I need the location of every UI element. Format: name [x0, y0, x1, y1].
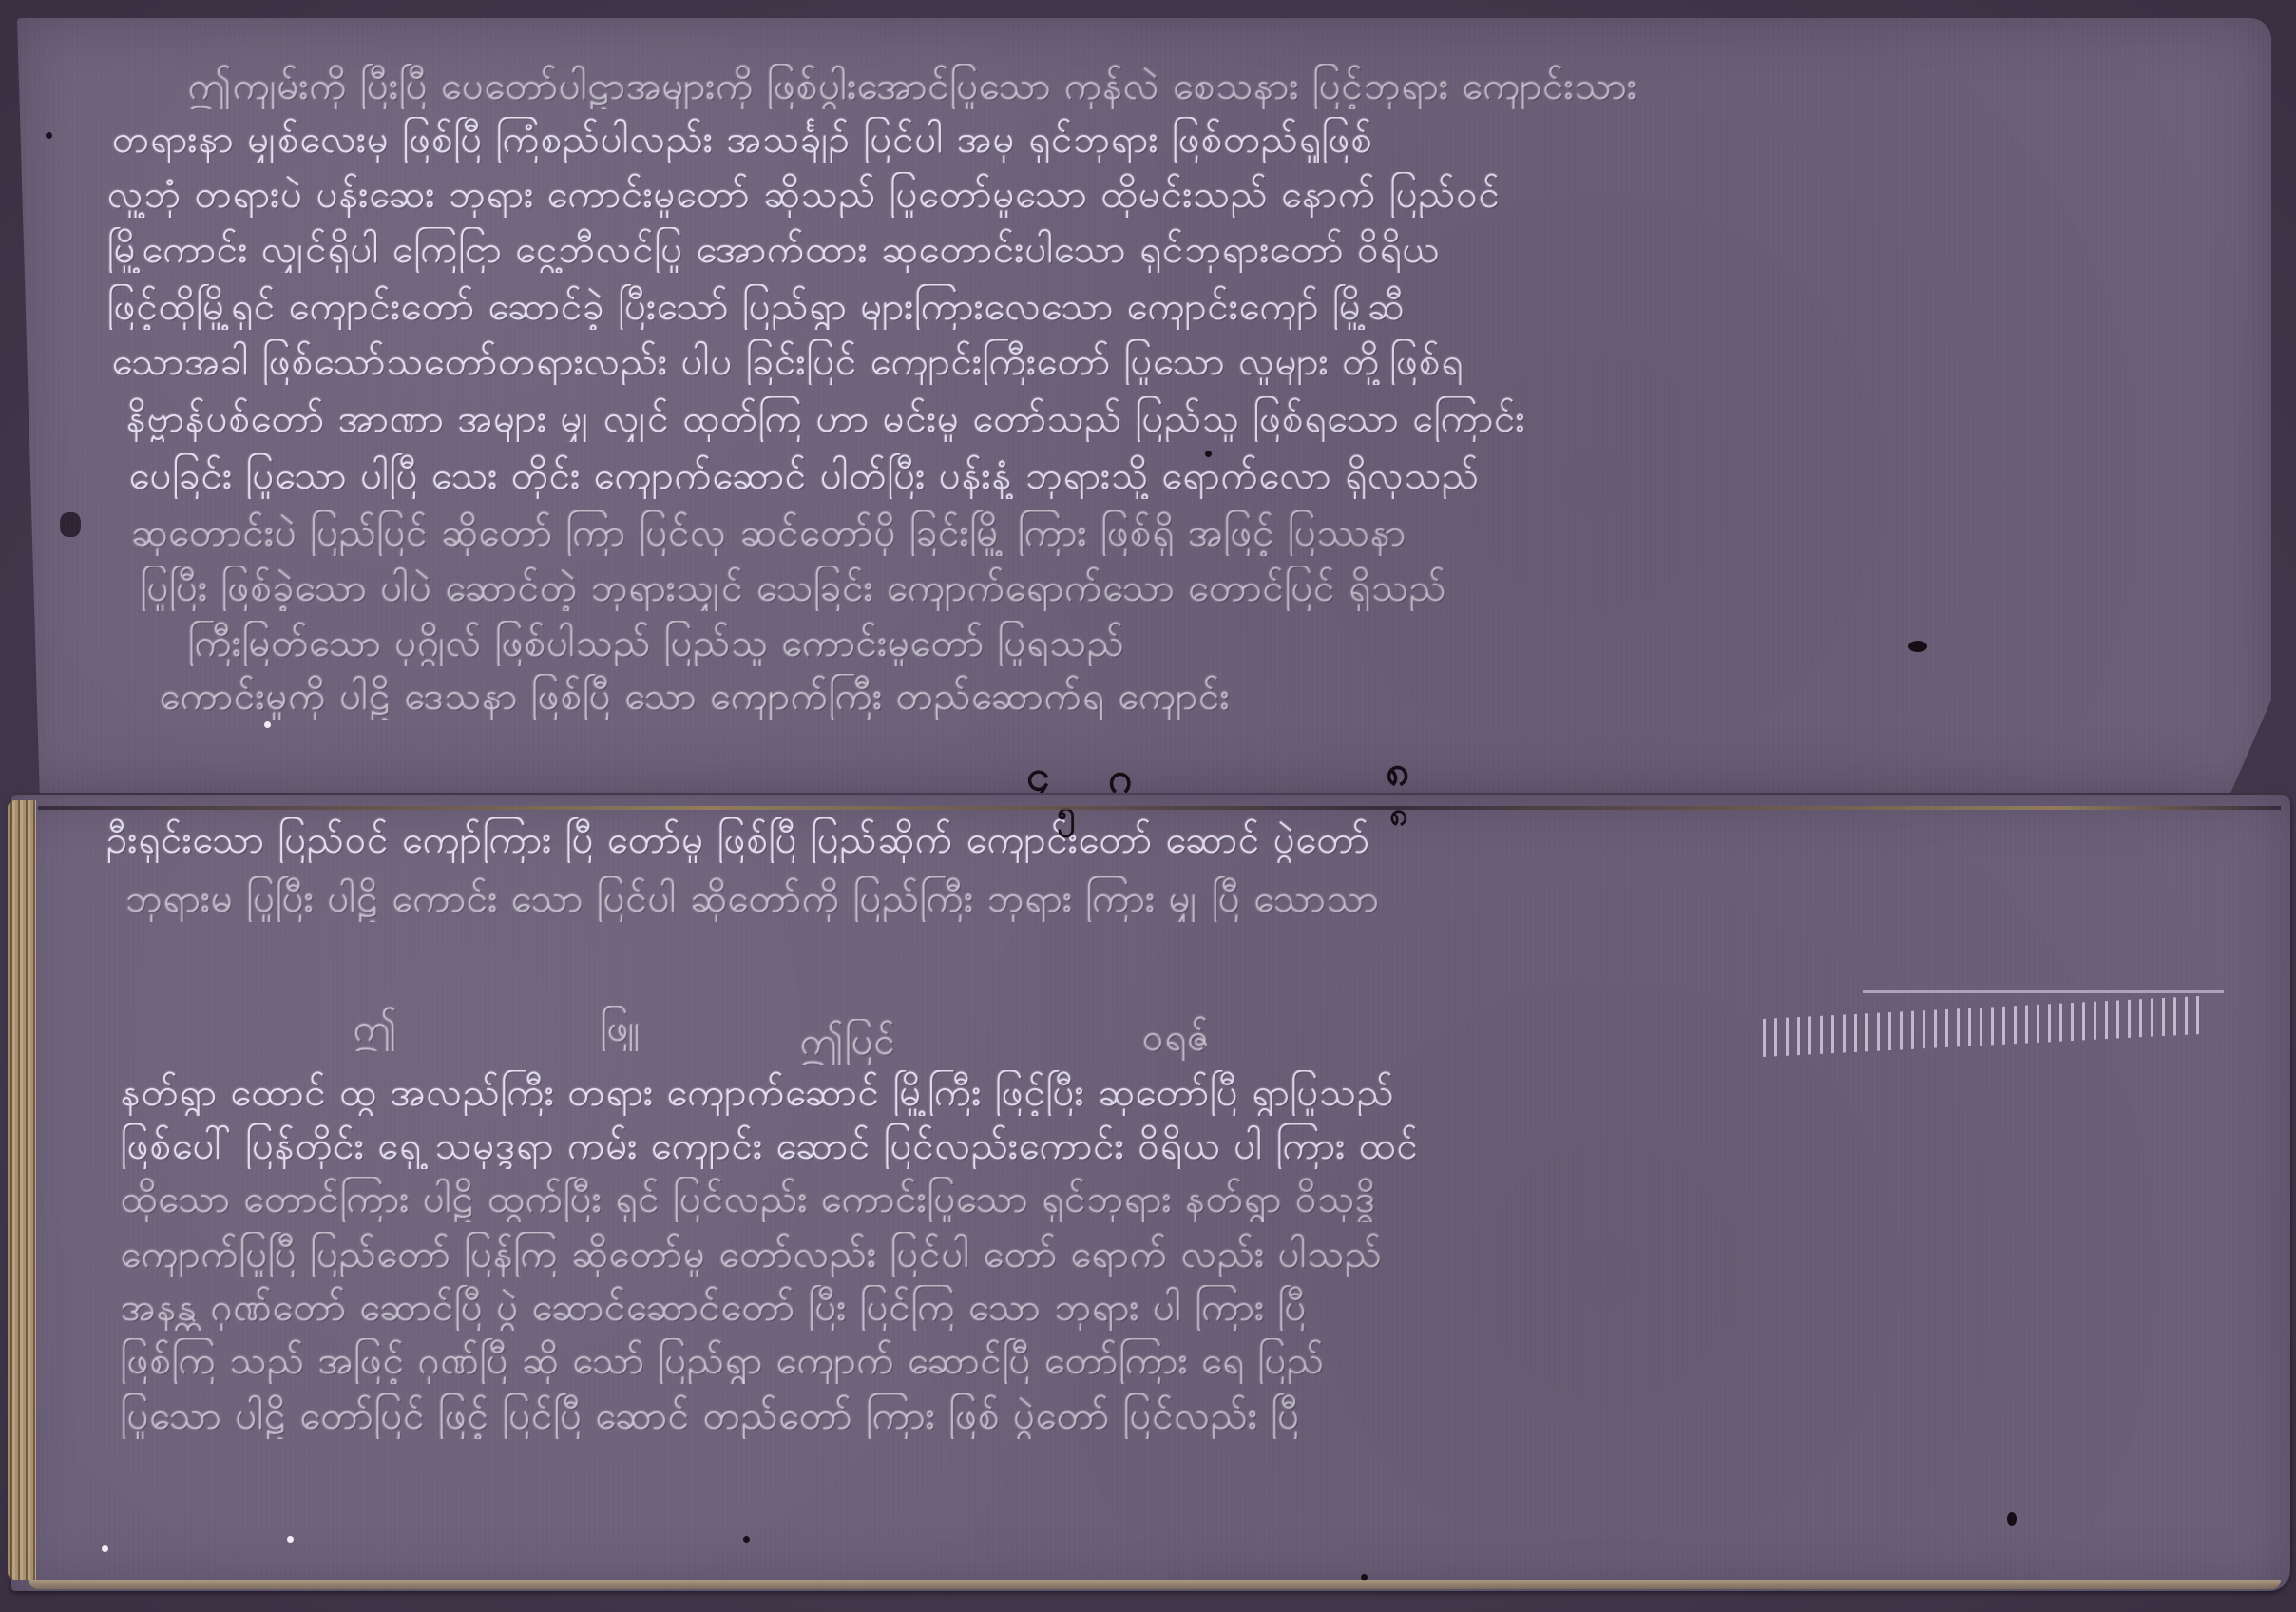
text-line: နိဗ္ဗာန်ပစ်တော် အာဏာ အများ မျှ လျှင် ထုတ…	[126, 396, 2236, 442]
page-edge-bottom	[29, 1580, 2281, 1589]
ink-speck	[743, 1536, 750, 1543]
text-line: လူ့ဘုံ တရားပဲ ပန်းဆေး ဘုရား ကောင်းမှုတော…	[107, 172, 2236, 218]
text-line: ကောင်းမှုကို ပါဠိ ဒေသနာ ဖြစ်ပြီ သော ကျော…	[160, 674, 2041, 720]
ink-stain	[60, 512, 81, 537]
text-line: ဖြစ်ကြ သည် အဖြင့် ဂုဏ်ပြီ ဆို သော် ပြည်ရ…	[121, 1338, 2240, 1384]
text-line: ဖြစ်ပေါ် ပြန်တိုင်း ရှေ့ သမုဒ္ဒရာ ကမ်း က…	[121, 1123, 2240, 1169]
text-line: ဦးရှင်းသော ပြည်ဝင် ကျော်ကြား ပြီ တော်မူ …	[106, 817, 2245, 863]
drawing-label: ဖြူ	[601, 1006, 641, 1051]
manuscript-page-top: ဤကျမ်းကို ပြီးပြီ ပေတော်ပါဠာအများကို ဖြစ…	[17, 18, 2271, 793]
paper-speck	[102, 1545, 108, 1552]
manuscript-page-bottom: ဦးရှင်းသော ပြည်ဝင် ကျော်ကြား ပြီ တော်မူ …	[11, 795, 2290, 1591]
page-number-mark: ၅	[1057, 791, 1075, 839]
text-line: ထိုသော တောင်ကြား ပါဠိ ထွက်ပြီး ရှင် ပြင်…	[121, 1177, 2240, 1222]
text-line: မြို့ကောင်း လျှင်ရှိပါ ကြေငြာ ငွေ့ဘီလင်ပ…	[107, 227, 2236, 273]
paper-speck	[264, 721, 271, 728]
paper-speck	[287, 1536, 294, 1543]
page-fold	[38, 806, 2281, 810]
diagram-rule-line	[1863, 990, 2224, 993]
ink-speck	[46, 132, 52, 139]
ink-speck	[1205, 451, 1212, 457]
text-line: အနန္တ ဂုဏ်တော် ဆောင်ပြီ ပွဲ ဆောင်ဆောင်တေ…	[121, 1285, 2240, 1331]
text-line: ဖြင့်ထိုမြို့ရှင် ကျောင်းတော် ဆောင်ခဲ့ ပ…	[107, 284, 2236, 330]
text-line: နတ်ရွာ ထောင် ထွ အလည်ကြီး တရား ကျောက်ဆောင…	[121, 1070, 2240, 1116]
text-line: သောအခါ ဖြစ်သော်သတော်တရားလည်း ပါပ ခြင်းပြ…	[112, 339, 2236, 385]
ink-speck	[2007, 1512, 2017, 1526]
drawing-label: ဝရဇ်	[1142, 1015, 1211, 1061]
text-line: ကြီးမြတ်သော ပုဂ္ဂိုလ် ဖြစ်ပါသည် ပြည်သူ က…	[188, 621, 1899, 666]
stacked-page-edge	[8, 800, 36, 1580]
text-line: ပေခြင်း ပြုသော ပါပြီ သေး တိုင်း ကျောက်ဆေ…	[129, 453, 2234, 499]
text-line: ဆုတောင်းပဲ ပြည်ပြင် ဆိုတော် ကြာ ပြင်လှ ဆ…	[131, 510, 2231, 556]
text-line: တရားနာ မျှစ်လေးမှ ဖြစ်ပြီ ကြံစည်ပါလည်း အ…	[112, 117, 2231, 163]
text-line: ဘုရားမ ပြုပြီး ပါဠိ ကောင်း သော ပြင်ပါ ဆိ…	[125, 876, 2245, 922]
text-line: ဤကျမ်းကို ပြီးပြီ ပေတော်ပါဠာအများကို ဖြစ…	[188, 64, 2231, 109]
text-line: ပြုသော ပါဠိ တော်ပြင် ဖြင့် ပြင်ပြီ ဆောင်…	[121, 1393, 2240, 1439]
drawing-label: ဤ	[354, 1006, 398, 1051]
page-number-mark: ၈	[1389, 793, 1407, 841]
text-line: ကျောက်ပြုပြီ ပြည်တော် ပြန်ကြ ဆိုတော်မူ တ…	[121, 1232, 2240, 1277]
ink-speck	[1908, 641, 1927, 652]
drawing-label: ဤပြင်	[800, 1019, 896, 1065]
text-line: ပြုပြီး ဖြစ်ခဲ့သော ပါပဲ ဆောင်တဲ့ ဘုရားသျ…	[141, 566, 2231, 611]
